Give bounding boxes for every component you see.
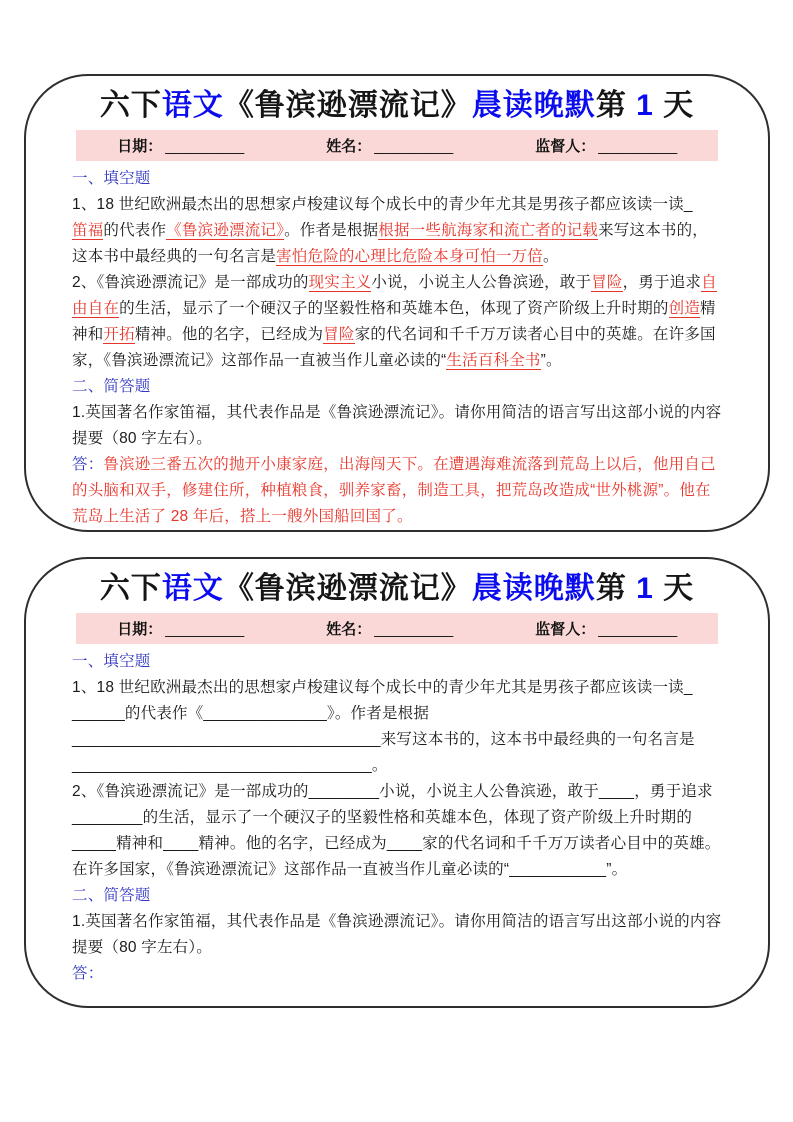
info-field-label: 监督人： xyxy=(535,621,595,638)
answer-paragraph: 答： xyxy=(72,961,722,987)
info-field-label: 日期： xyxy=(117,621,162,638)
title-run: 1 xyxy=(627,89,663,122)
info-field-label: 姓名： xyxy=(326,621,371,638)
q1-paragraph: 1、18 世纪欧洲最杰出的思想家卢梭建议每个成长中的青少年尤其是男孩子都应该读一… xyxy=(72,192,722,270)
section1-heading: 一、填空题 xyxy=(72,649,722,675)
info-field-blank: __________ xyxy=(374,621,452,638)
info-field: 日期：__________ xyxy=(117,618,243,639)
info-field: 日期：__________ xyxy=(117,135,243,156)
title-run: 《鲁滨逊漂流记》 xyxy=(224,89,472,122)
worksheet-card-filled: 六下语文《鲁滨逊漂流记》晨读晚默第 1 天 日期：__________姓名：__… xyxy=(24,74,770,532)
info-field-label: 监督人： xyxy=(535,138,595,155)
title-run: 晨读晚默 xyxy=(472,89,596,122)
info-field: 姓名：__________ xyxy=(326,618,452,639)
q2-paragraph: 2、《鲁滨逊漂流记》是一部成功的现实主义小说，小说主人公鲁滨逊，敢于冒险，勇于追… xyxy=(72,270,722,374)
worksheet-card-blank: 六下语文《鲁滨逊漂流记》晨读晚默第 1 天 日期：__________姓名：__… xyxy=(24,557,770,1008)
info-field: 监督人：__________ xyxy=(535,618,676,639)
q2-paragraph: 2、《鲁滨逊漂流记》是一部成功的________小说，小说主人公鲁滨逊，敢于__… xyxy=(72,779,722,883)
info-bar: 日期：__________姓名：__________监督人：__________ xyxy=(76,613,718,644)
info-field-blank: __________ xyxy=(598,138,676,155)
title-run: 1 xyxy=(627,572,663,605)
info-field: 监督人：__________ xyxy=(535,135,676,156)
info-field: 姓名：__________ xyxy=(326,135,452,156)
card-title: 六下语文《鲁滨逊漂流记》晨读晚默第 1 天 xyxy=(72,569,722,609)
short-answer-question: 1.英国著名作家笛福，其代表作品是《鲁滨逊漂流记》。请你用简洁的语言写出这部小说… xyxy=(72,400,722,452)
title-run: 语文 xyxy=(162,89,224,122)
info-bar: 日期：__________姓名：__________监督人：__________ xyxy=(76,130,718,161)
info-field-blank: __________ xyxy=(165,138,243,155)
info-field-blank: __________ xyxy=(598,621,676,638)
title-run: 语文 xyxy=(162,572,224,605)
section1-heading: 一、填空题 xyxy=(72,166,722,192)
q1-paragraph: 1、18 世纪欧洲最杰出的思想家卢梭建议每个成长中的青少年尤其是男孩子都应该读一… xyxy=(72,675,722,779)
title-run: 六下 xyxy=(100,572,162,605)
title-run: 《鲁滨逊漂流记》 xyxy=(224,572,472,605)
short-answer-question: 1.英国著名作家笛福，其代表作品是《鲁滨逊漂流记》。请你用简洁的语言写出这部小说… xyxy=(72,909,722,961)
answer-paragraph: 答：鲁滨逊三番五次的抛开小康家庭，出海闯天下。在遭遇海难流落到荒岛上以后，他用自… xyxy=(72,452,722,530)
title-run: 晨读晚默 xyxy=(472,572,596,605)
info-field-label: 姓名： xyxy=(326,138,371,155)
info-field-blank: __________ xyxy=(374,138,452,155)
title-run: 天 xyxy=(663,89,694,122)
section2-heading: 二、简答题 xyxy=(72,883,722,909)
section2-heading: 二、简答题 xyxy=(72,374,722,400)
title-run: 第 xyxy=(596,572,627,605)
card-body: 一、填空题1、18 世纪欧洲最杰出的思想家卢梭建议每个成长中的青少年尤其是男孩子… xyxy=(72,166,722,530)
title-run: 六下 xyxy=(100,89,162,122)
title-run: 第 xyxy=(596,89,627,122)
card-body: 一、填空题1、18 世纪欧洲最杰出的思想家卢梭建议每个成长中的青少年尤其是男孩子… xyxy=(72,649,722,987)
info-field-label: 日期： xyxy=(117,138,162,155)
card-title: 六下语文《鲁滨逊漂流记》晨读晚默第 1 天 xyxy=(72,86,722,126)
info-field-blank: __________ xyxy=(165,621,243,638)
title-run: 天 xyxy=(663,572,694,605)
